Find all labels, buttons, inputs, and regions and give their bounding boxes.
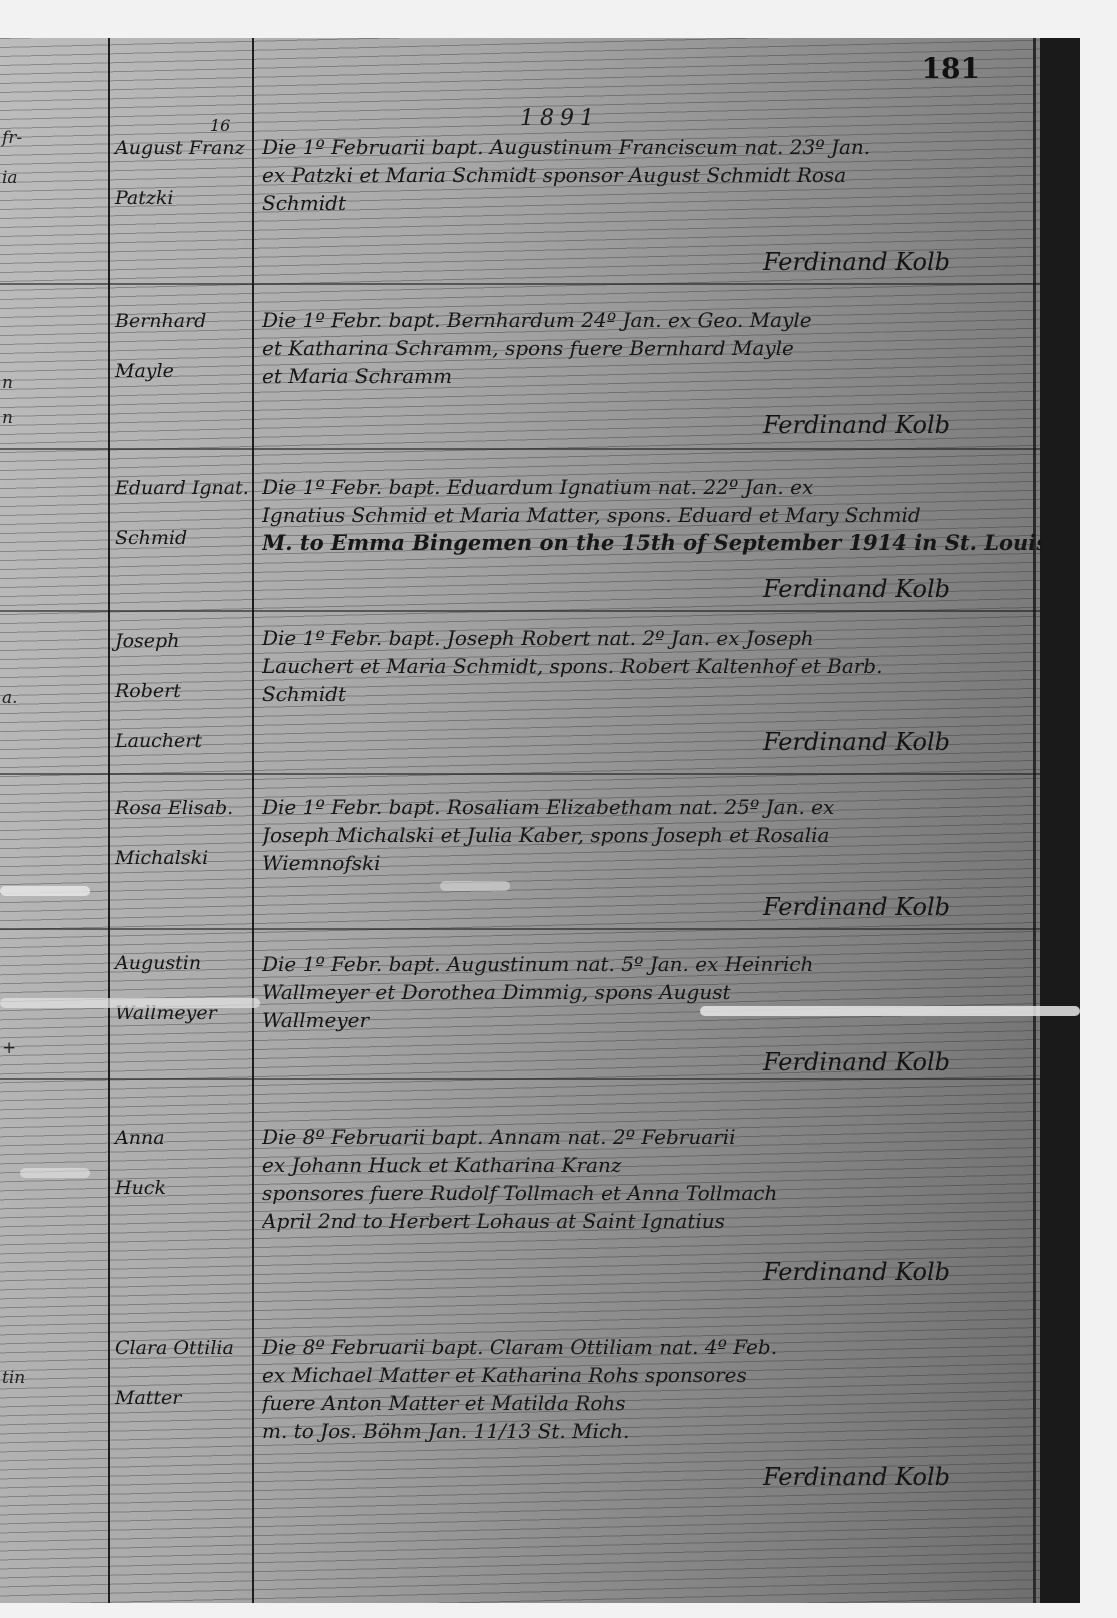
marriage-annotation: M. to Emma Bingemen on the 15th of Septe… [262,529,1042,557]
baptism-entry: Clara Ottilia Matter Die 8º Februarii ba… [0,1323,1040,1543]
entry-divider [0,283,1040,285]
priest-signature: Ferdinand Kolb [763,411,950,439]
entry-name: 16 August Franz Patzki [115,123,250,223]
baptism-entry: Bernhard Mayle Die 1º Febr. bapt. Bernha… [0,296,1040,456]
entry-divider [0,928,1040,930]
entry-name: Anna Huck [115,1113,250,1213]
baptism-entry: Augustin Wallmeyer Die 1º Febr. bapt. Au… [0,938,1040,1108]
priest-signature: Ferdinand Kolb [763,893,950,921]
entry-name: Bernhard Mayle [115,296,250,396]
paper-tear [700,1006,1080,1016]
priest-signature: Ferdinand Kolb [763,575,950,603]
entry-text: Die 1º Febr. bapt. Joseph Robert nat. 2º… [262,624,1042,708]
priest-signature: Ferdinand Kolb [763,1463,950,1491]
entry-text: Die 1º Febr. bapt. Eduardum Ignatium nat… [262,473,1042,557]
entry-text: Die 1º Febr. bapt. Rosaliam Elizabetham … [262,793,1042,877]
entry-divider [0,448,1040,450]
entry-text: Die 8º Februarii bapt. Annam nat. 2º Feb… [262,1123,1042,1235]
scan-edge [0,1603,1117,1618]
entry-name: Joseph Robert Lauchert [115,616,250,766]
entry-name: Augustin Wallmeyer [115,938,250,1038]
baptism-entry: 16 August Franz Patzki Die 1º Februarii … [0,123,1040,303]
page-number: 181 [922,52,980,85]
baptism-entry: Eduard Ignat. Schmid Die 1º Febr. bapt. … [0,463,1040,623]
priest-signature: Ferdinand Kolb [763,1048,950,1076]
register-page: 181 1891 fr- ia n n a. + tin 16 August F… [0,38,1080,1603]
entry-text: Die 1º Febr. bapt. Bernhardum 24º Jan. e… [262,306,1042,390]
book-gutter [1040,38,1080,1603]
priest-signature: Ferdinand Kolb [763,248,950,276]
entry-text: Die 1º Febr. bapt. Augustinum nat. 5º Ja… [262,950,1042,1034]
priest-signature: Ferdinand Kolb [763,1258,950,1286]
baptism-entry: Anna Huck Die 8º Februarii bapt. Annam n… [0,1113,1040,1313]
paper-tear [20,1168,90,1178]
entry-divider [0,610,1040,612]
paper-tear [0,886,90,896]
paper-tear [440,881,510,891]
entry-divider [0,773,1040,775]
entry-number: 16 [210,101,230,151]
baptism-entry: Joseph Robert Lauchert Die 1º Febr. bapt… [0,616,1040,776]
entry-name: Eduard Ignat. Schmid [115,463,250,563]
entry-text: Die 8º Februarii bapt. Claram Ottiliam n… [262,1333,1042,1445]
entry-name: Rosa Elisab. Michalski [115,783,250,883]
entry-text: Die 1º Februarii bapt. Augustinum Franci… [262,133,1042,217]
paper-tear [0,998,260,1008]
priest-signature: Ferdinand Kolb [763,728,950,756]
entry-divider [0,1078,1040,1080]
baptism-entry: Rosa Elisab. Michalski Die 1º Febr. bapt… [0,783,1040,943]
entry-name: Clara Ottilia Matter [115,1323,250,1423]
